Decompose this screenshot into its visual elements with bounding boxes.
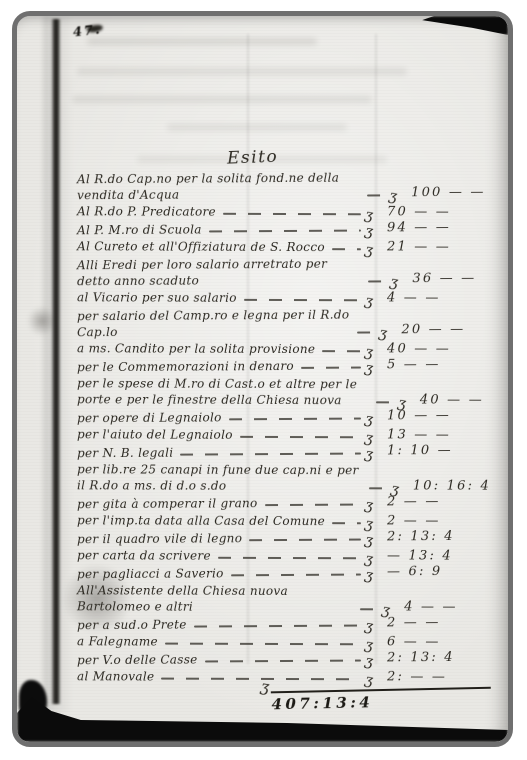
ledger-row: per le spese di M.ro di Cast.o et altre … [77, 375, 491, 408]
entry-amount: 2 — — [373, 513, 491, 529]
entry-amount: — 13: 4 [373, 548, 491, 564]
dash-leader [223, 212, 361, 214]
entry-description: per pagliacci a Saverio [77, 565, 224, 582]
dash-leader [332, 522, 361, 524]
total-rule: 407:13:4 [271, 686, 491, 713]
entry-description: per salario del Camp.ro e legna per il R… [77, 307, 351, 341]
entry-amount: 20 — — [387, 322, 491, 339]
entry-description: All'Assistente della Chiesa nuova Bartol… [77, 582, 353, 615]
entry-amount: 4 — — [390, 599, 491, 615]
entry-description: Al R.do Cap.no per la solita fond.ne del… [77, 170, 360, 204]
ledger-row: per salario del Camp.ro e legna per il R… [77, 306, 491, 341]
ledger-total-row: ʒ 407:13:4 [275, 686, 491, 713]
dash-leader [367, 194, 385, 196]
dash-leader [322, 350, 361, 352]
ledger-header: Esito [227, 139, 492, 168]
entry-description: per l'imp.ta data alla Casa del Comune [77, 512, 325, 529]
ledger-row: per l'imp.ta data alla Casa del Comuneʒ2… [77, 512, 491, 529]
ledger-total-amount: 407:13:4 [271, 693, 373, 713]
dash-leader [218, 556, 361, 558]
entry-description: per carta da scrivere [77, 547, 211, 563]
screenshot-canvas: 47. Esito Al R.do Cap.no per la solita f… [0, 0, 527, 760]
entry-amount: 94 — — [373, 220, 491, 237]
lira-mark-icon: ʒ [389, 275, 399, 290]
ledger-row: All'Assistente della Chiesa nuova Bartol… [77, 582, 491, 615]
ledger-row: Al P. M.ro di Scuolaʒ94 — — [77, 220, 491, 239]
dash-leader [249, 539, 361, 542]
ink-bleed-mark [72, 96, 372, 103]
entry-description: Al R.do P. Predicatore [77, 203, 216, 219]
ledger-row: al Vicario per suo salarioʒ4 — — [77, 289, 491, 306]
entry-description: Al P. M.ro di Scuola [77, 222, 202, 239]
dash-leader [205, 660, 362, 663]
entry-description: per il quadro vile di legno [77, 530, 242, 547]
ledger-row: Al R.do Cap.no per la solita fond.ne del… [77, 169, 491, 204]
dash-leader [376, 401, 394, 403]
entry-description: per gita à comperar il grano [77, 495, 258, 512]
lira-mark-icon: ʒ [388, 189, 398, 204]
ledger-row: per il quadro vile di legnoʒ2: 13: 4 [77, 529, 491, 548]
entry-description: al Vicario per suo salario [77, 289, 237, 306]
entry-amount: — 6: 9 [373, 564, 491, 581]
entry-amount: 21 — — [373, 239, 491, 255]
entry-amount: 1: 10 — [373, 443, 491, 460]
entry-amount: 70 — — [373, 204, 491, 220]
ink-bleed-mark [167, 124, 347, 131]
ink-bleed-mark [87, 38, 317, 45]
dash-leader [165, 642, 361, 645]
entry-description: per opere di Legnaiolo [77, 409, 222, 426]
dash-leader [229, 418, 361, 421]
binding-shadow [51, 19, 61, 704]
dash-leader [369, 280, 387, 282]
entry-amount: 40 — — [373, 341, 491, 357]
lira-mark-icon: ʒ [364, 654, 374, 669]
ledger-row: Al R.do P. Predicatoreʒ70 — — [77, 203, 491, 220]
dash-leader [332, 248, 361, 250]
ledger-row: per lib.re 25 canapi in fune due cap.ni … [77, 461, 491, 494]
dash-leader [194, 625, 361, 628]
entry-description: Alli Eredi per loro salario arretrato pe… [77, 256, 362, 290]
dash-leader [231, 574, 361, 577]
ledger-row: per V.o delle Casseʒ2: 13: 4 [77, 650, 491, 669]
ledger-row: a ms. Candito per la solita provisioneʒ4… [77, 340, 491, 357]
entry-description: Al Cureto et all'Offiziatura de S. Rocco [77, 238, 325, 255]
entry-amount: 6 — — [373, 634, 491, 650]
lira-mark-icon: ʒ [364, 224, 374, 239]
entry-amount: 2: 13: 4 [373, 529, 491, 546]
lira-mark-icon: ʒ [364, 447, 374, 462]
corner-tear-shadow [422, 16, 508, 35]
ledger-row: Al Cureto et all'Offiziatura de S. Rocco… [77, 238, 491, 255]
ledger-row: per l'aiuto del Legnaioloʒ13 — — [77, 426, 491, 443]
ledger-row: per le Commemorazioni in denaroʒ5 — — [77, 357, 491, 376]
entry-description: a Falegname [77, 633, 158, 649]
entry-description: per l'aiuto del Legnaiolo [77, 426, 233, 443]
entry-description: al Manovale [77, 668, 154, 684]
dash-leader [244, 298, 361, 300]
entry-description: per N. B. legali [77, 445, 174, 462]
expense-ledger: Esito Al R.do Cap.no per la solita fond.… [77, 144, 491, 711]
dash-leader [265, 504, 362, 507]
ledger-row: per gita à comperar il granoʒ2 — — [77, 494, 491, 513]
lira-mark-icon: ʒ [364, 498, 374, 513]
lira-mark-icon: ʒ [259, 676, 270, 695]
entry-amount: 2: — — [373, 669, 491, 685]
entry-amount: 5 — — [373, 357, 491, 374]
lira-mark-icon: ʒ [378, 326, 388, 341]
ledger-row: per pagliacci a Saverioʒ— 6: 9 [77, 564, 491, 583]
ink-bleed-mark [77, 68, 407, 75]
lira-mark-icon: ʒ [364, 533, 374, 548]
page-number-mark: 47. [72, 23, 102, 41]
ledger-row: per N. B. legaliʒ1: 10 — [77, 443, 491, 462]
entry-description: per V.o delle Casse [77, 652, 198, 669]
ledger-row: al Manovaleʒ2: — — [77, 668, 491, 685]
dash-leader [301, 367, 361, 369]
ledger-row: a Falegnameʒ6 — — [77, 633, 491, 650]
entry-amount: 10: 16: 4 [399, 478, 491, 494]
manuscript-page-scan: 47. Esito Al R.do Cap.no per la solita f… [17, 16, 508, 742]
entry-description: a ms. Candito per la solita provisione [77, 340, 315, 357]
lira-mark-icon: ʒ [364, 412, 374, 427]
entry-amount: 2 — — [373, 494, 491, 511]
lira-mark-icon: ʒ [364, 361, 374, 376]
entry-amount: 2: 13: 4 [373, 650, 491, 667]
ledger-rows: Al R.do Cap.no per la solita fond.ne del… [77, 170, 491, 685]
dash-leader [360, 608, 378, 610]
entry-description: per le spese di M.ro di Cast.o et altre … [77, 375, 369, 408]
entry-description: per lib.re 25 canapi in fune due cap.ni … [77, 461, 362, 494]
entry-amount: 36 — — [398, 271, 491, 288]
lira-mark-icon: ʒ [364, 619, 374, 634]
entry-description: per a sud.o Prete [77, 617, 187, 634]
entry-description: per le Commemorazioni in denaro [77, 358, 294, 375]
entry-amount: 40 — — [406, 392, 491, 408]
dash-leader [369, 487, 387, 489]
ledger-row: Alli Eredi per loro salario arretrato pe… [77, 255, 491, 290]
dash-leader [209, 230, 361, 233]
lira-mark-icon: ʒ [364, 568, 374, 583]
entry-amount: 4 — — [373, 290, 491, 306]
dash-leader [357, 331, 375, 333]
entry-amount: 2 — — [373, 615, 491, 632]
ledger-row: per carta da scrivereʒ— 13: 4 [77, 547, 491, 564]
ledger-row: per opere di Legnaioloʒ10 — — [77, 408, 491, 427]
ledger-row: per a sud.o Preteʒ2 — — [77, 615, 491, 634]
entry-amount: 13 — — [373, 427, 491, 443]
dash-leader [240, 435, 361, 437]
dash-leader [180, 453, 361, 456]
entry-amount: 10 — — [373, 408, 491, 425]
entry-amount: 100 — — [397, 185, 491, 202]
